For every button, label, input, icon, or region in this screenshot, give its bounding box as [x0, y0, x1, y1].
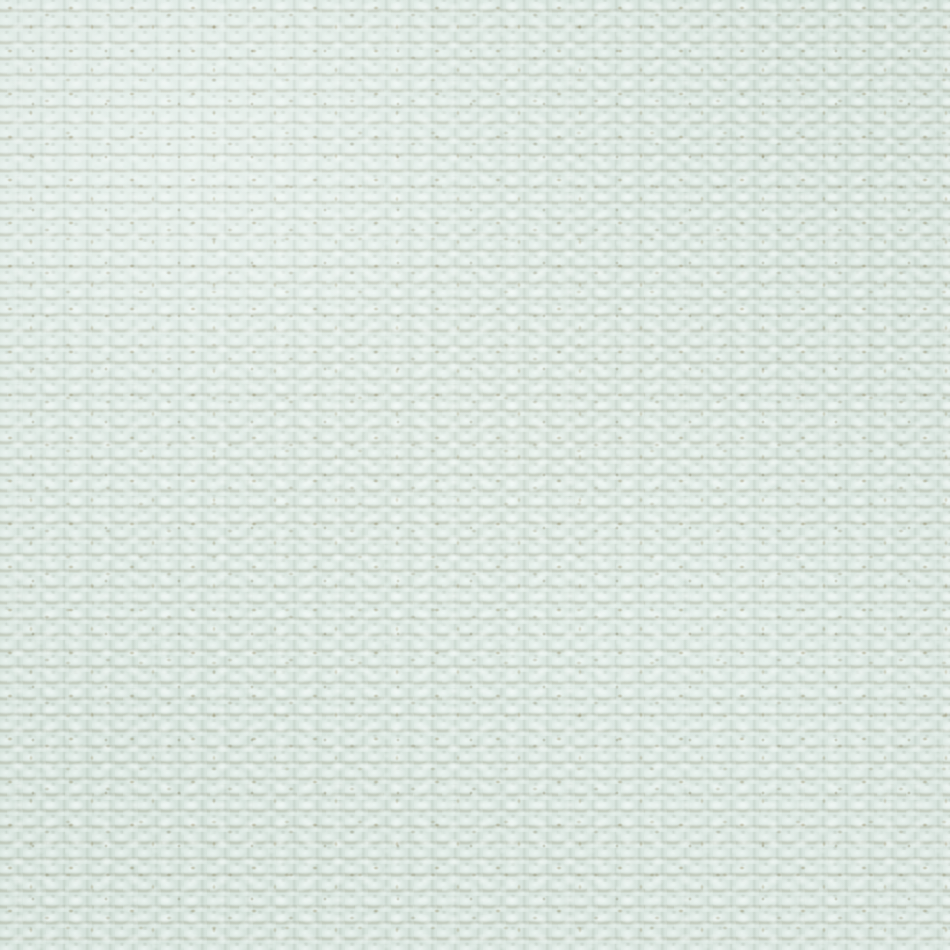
fabric-lighting	[0, 0, 950, 950]
fabric-texture-photo	[0, 0, 950, 950]
